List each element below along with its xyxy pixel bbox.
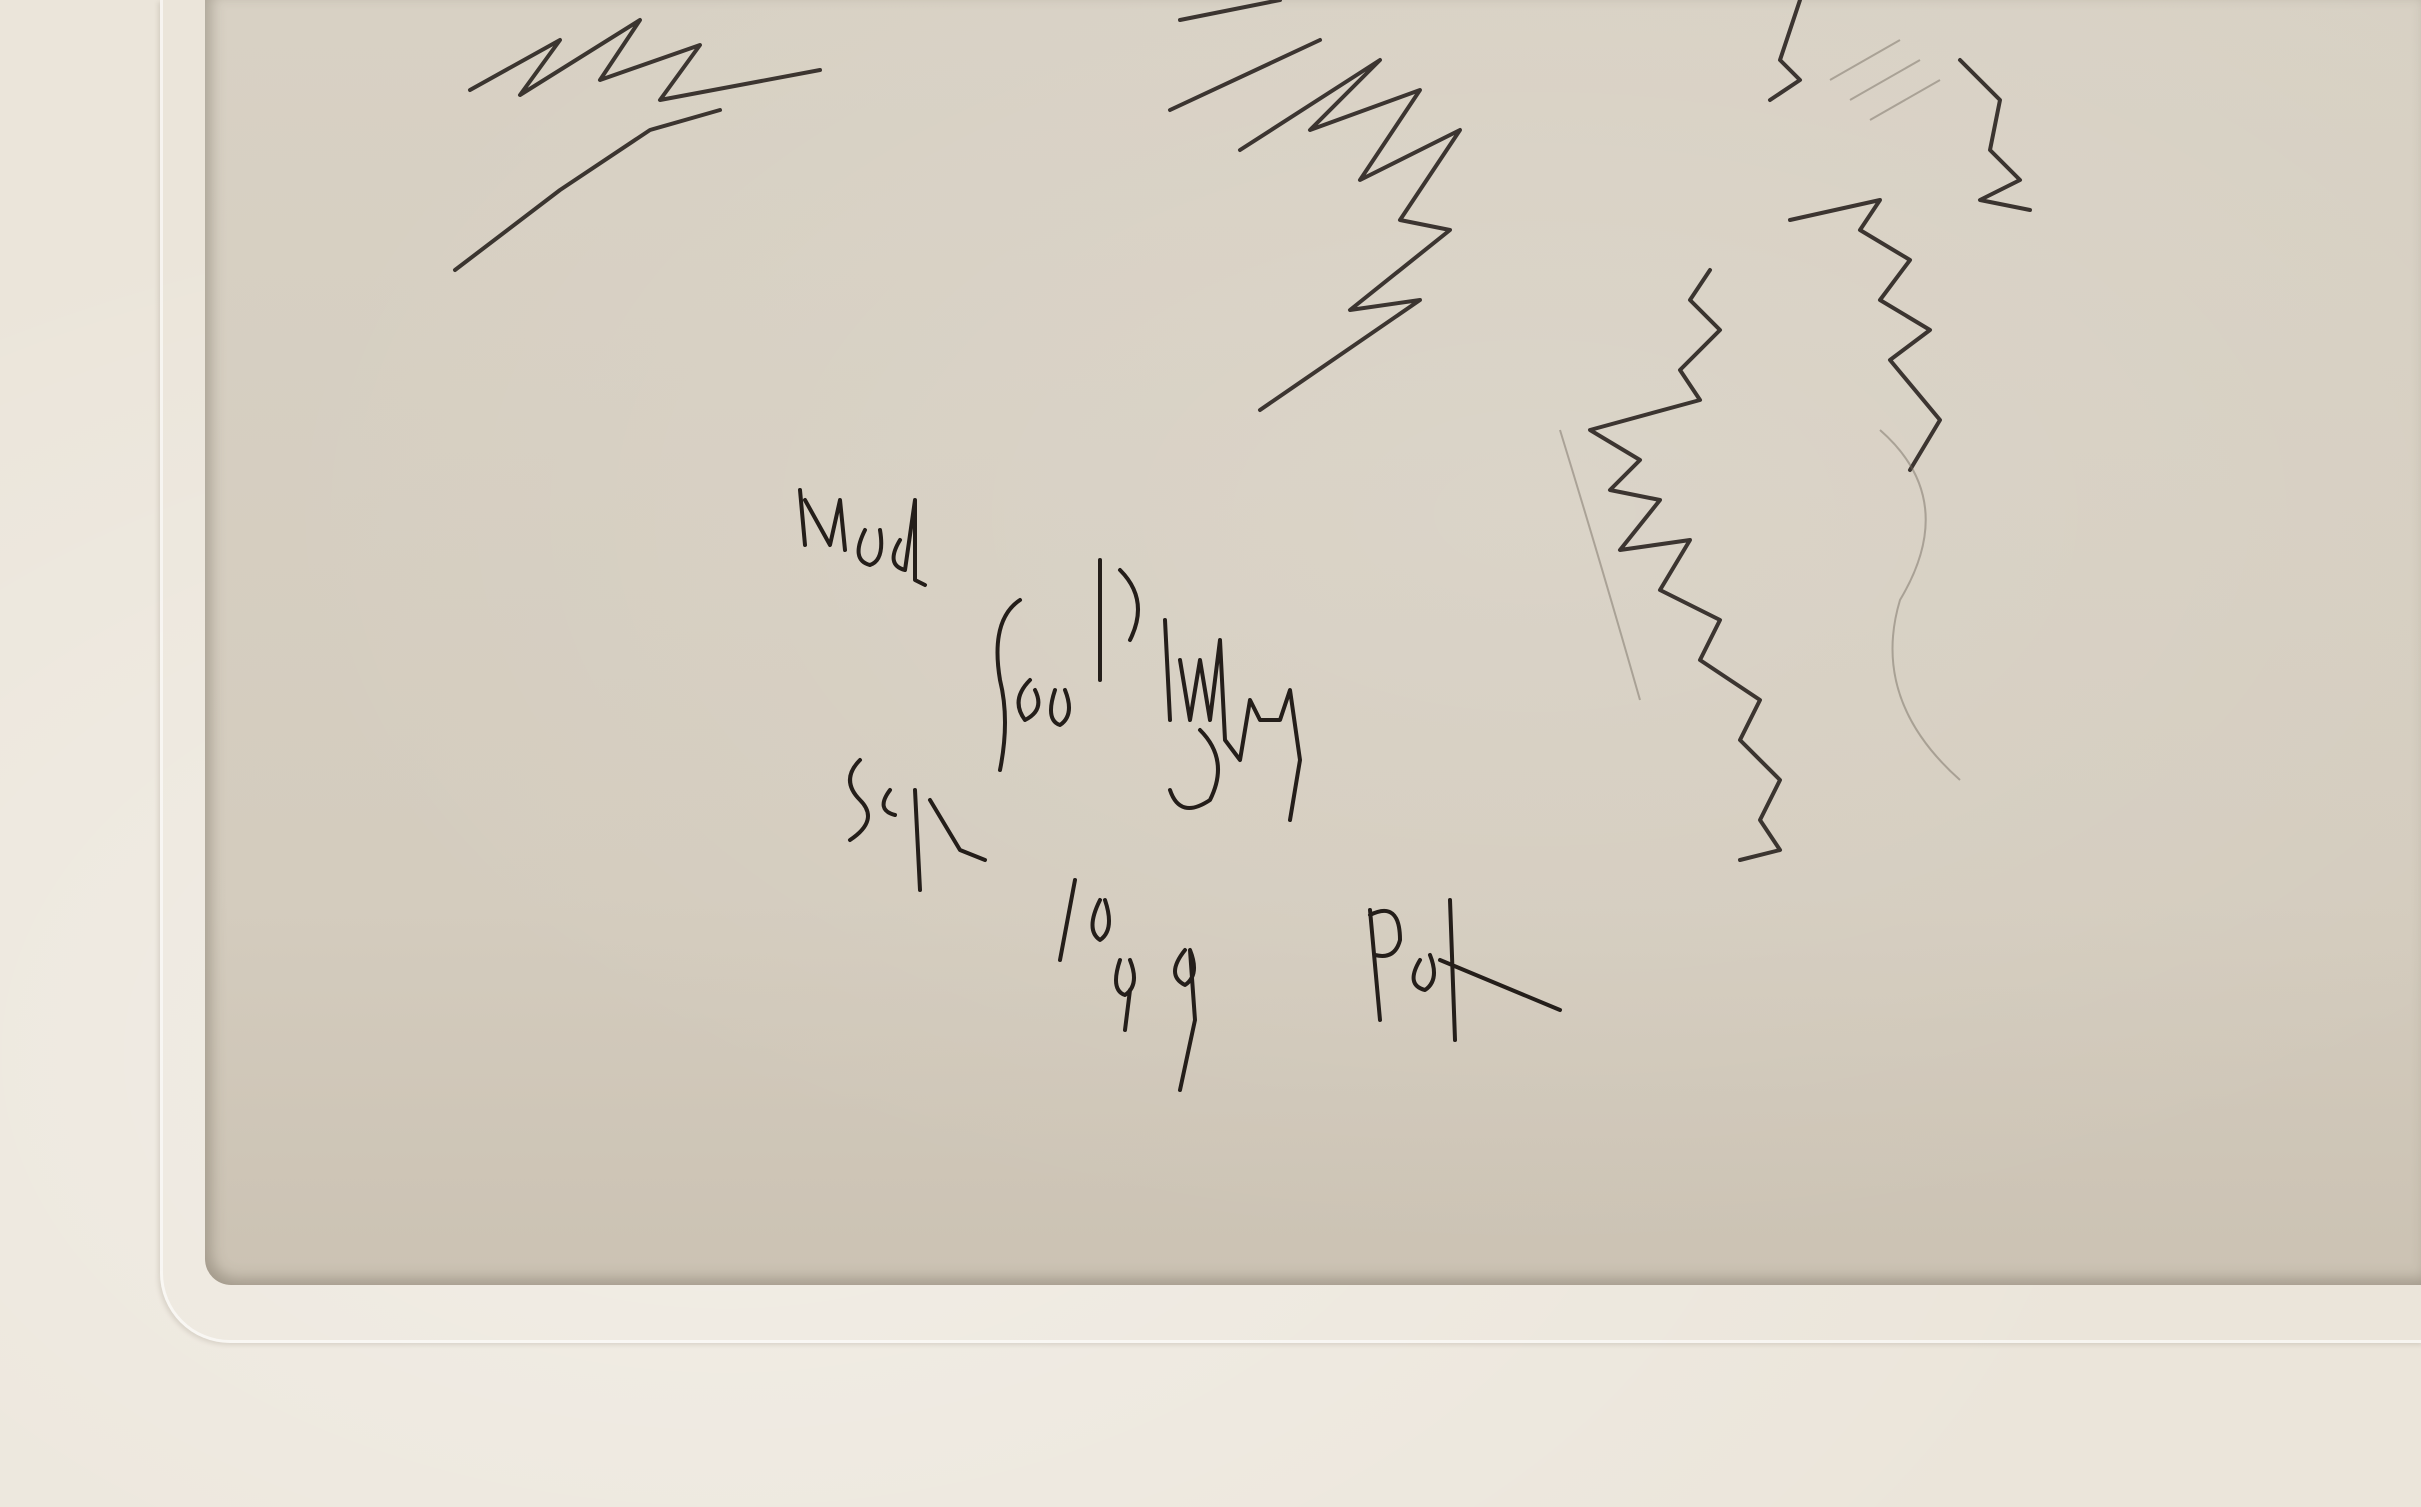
scribble-stroke-tree-3 [1960, 60, 2030, 210]
scribble-stroke-tree-2 [1590, 270, 1780, 860]
faint-hatching [1560, 40, 1960, 780]
scribble-stroke-left [455, 20, 820, 270]
scribble-stroke-middle [1170, 0, 1460, 410]
scribble-stroke-tree-1 [1770, 0, 1940, 470]
etched-strokes [0, 0, 2421, 1507]
handwritten-inscription [800, 490, 1560, 1090]
